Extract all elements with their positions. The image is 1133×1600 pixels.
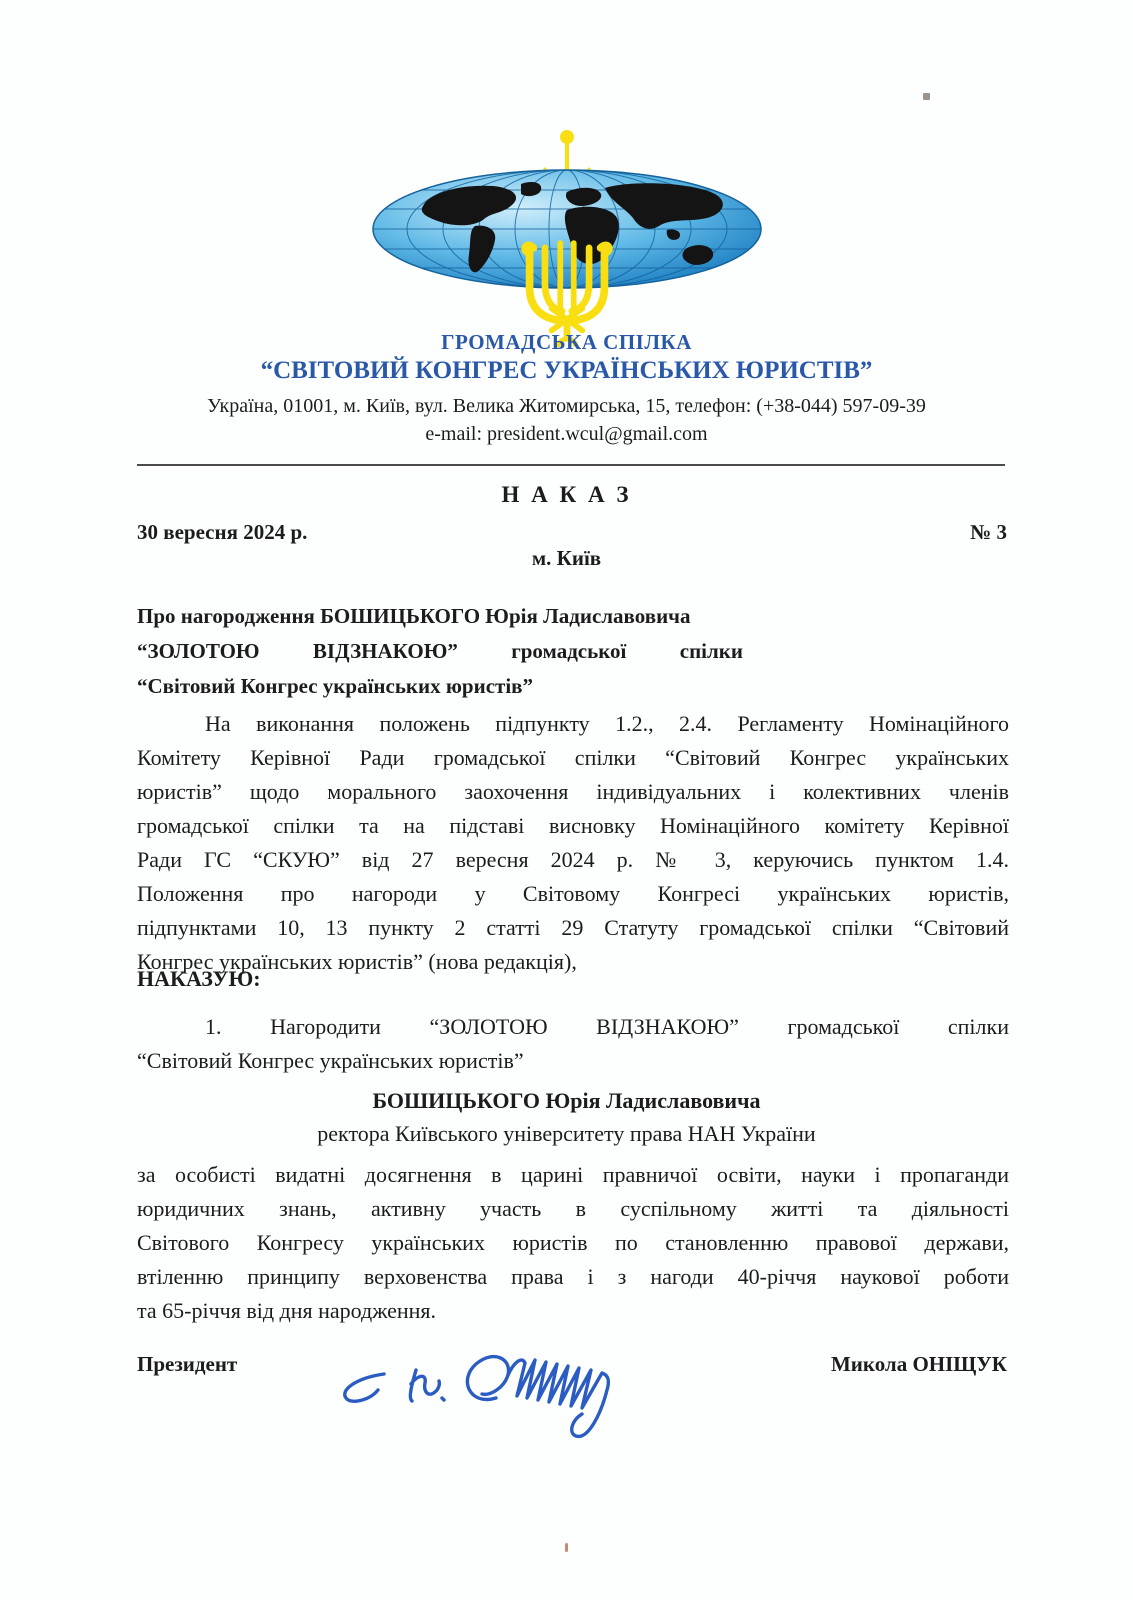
paragraph-line: Світового Конгресу українських юристів п… <box>137 1226 1009 1260</box>
paragraph-line: Конгрес українських юристів” (нова редак… <box>137 945 1009 979</box>
paragraph-line: юридичних знань, активну участь в суспіл… <box>137 1192 1009 1226</box>
organization-address: Україна, 01001, м. Київ, вул. Велика Жит… <box>0 395 1133 418</box>
paragraph-line: Положення про нагороди у Світовому Конгр… <box>137 877 1009 911</box>
scanned-order-document: ГРОМАДСЬКА СПІЛКА “СВІТОВИЙ КОНГРЕС УКРА… <box>0 0 1133 1600</box>
order-number: № 3 <box>970 520 1007 545</box>
paragraph-line: втіленню принципу верховенства права і з… <box>137 1260 1009 1294</box>
signer-name: Микола ОНІЩУК <box>137 1352 1007 1377</box>
order-city: м. Київ <box>0 546 1133 571</box>
order-item-1: 1. Нагородити “ЗОЛОТОЮ ВІДЗНАКОЮ” громад… <box>137 1010 1009 1078</box>
organization-email: e-mail: president.wcul@gmail.com <box>0 423 1133 446</box>
paragraph-line: Комітету Керівної Ради громадської спілк… <box>137 741 1009 775</box>
order-word: НАКАЗУЮ: <box>137 966 261 992</box>
merits-paragraph: за особисті видатні досягнення в царині … <box>137 1158 1009 1328</box>
subject-line: Про нагородження БОШИЦЬКОГО Юрія Ладисла… <box>137 599 743 634</box>
scan-speck <box>565 1543 568 1552</box>
document-title: Н А К А З <box>0 482 1133 508</box>
order-date: 30 вересня 2024 р. <box>137 520 307 544</box>
organization-logo <box>0 124 1133 354</box>
awardee-name: БОШИЦЬКОГО Юрія Ладиславовича <box>0 1088 1133 1114</box>
date-number-row: № 3 30 вересня 2024 р. <box>137 520 1007 545</box>
organization-name: “СВІТОВИЙ КОНГРЕС УКРАЇНСЬКИХ ЮРИСТІВ” <box>0 357 1133 385</box>
awardee-position: ректора Київського університету права НА… <box>0 1121 1133 1147</box>
paragraph-line: Ради ГС “СКУЮ” від 27 вересня 2024 р. № … <box>137 843 1009 877</box>
letterhead-divider <box>137 464 1005 466</box>
paragraph-line: підпунктами 10, 13 пункту 2 статті 29 Ст… <box>137 911 1009 945</box>
item-line: 1. Нагородити “ЗОЛОТОЮ ВІДЗНАКОЮ” громад… <box>137 1010 1009 1044</box>
scan-speck <box>923 93 930 100</box>
paragraph-line: юристів” щодо морального заохочення інди… <box>137 775 1009 809</box>
order-subject: Про нагородження БОШИЦЬКОГО Юрія Ладисла… <box>137 599 743 704</box>
paragraph-line: за особисті видатні досягнення в царині … <box>137 1158 1009 1192</box>
item-line: “Світовий Конгрес українських юристів” <box>137 1044 1009 1078</box>
subject-line: “Світовий Конгрес українських юристів” <box>137 669 743 704</box>
preamble-paragraph: На виконання положень підпункту 1.2., 2.… <box>137 707 1009 979</box>
organization-type: ГРОМАДСЬКА СПІЛКА <box>0 330 1133 355</box>
subject-line: “ЗОЛОТОЮ ВІДЗНАКОЮ” громадської спілки <box>137 634 743 669</box>
paragraph-line: громадської спілки та на підставі виснов… <box>137 809 1009 843</box>
handwritten-signature <box>320 1318 790 1468</box>
paragraph-line: На виконання положень підпункту 1.2., 2.… <box>137 707 1009 741</box>
